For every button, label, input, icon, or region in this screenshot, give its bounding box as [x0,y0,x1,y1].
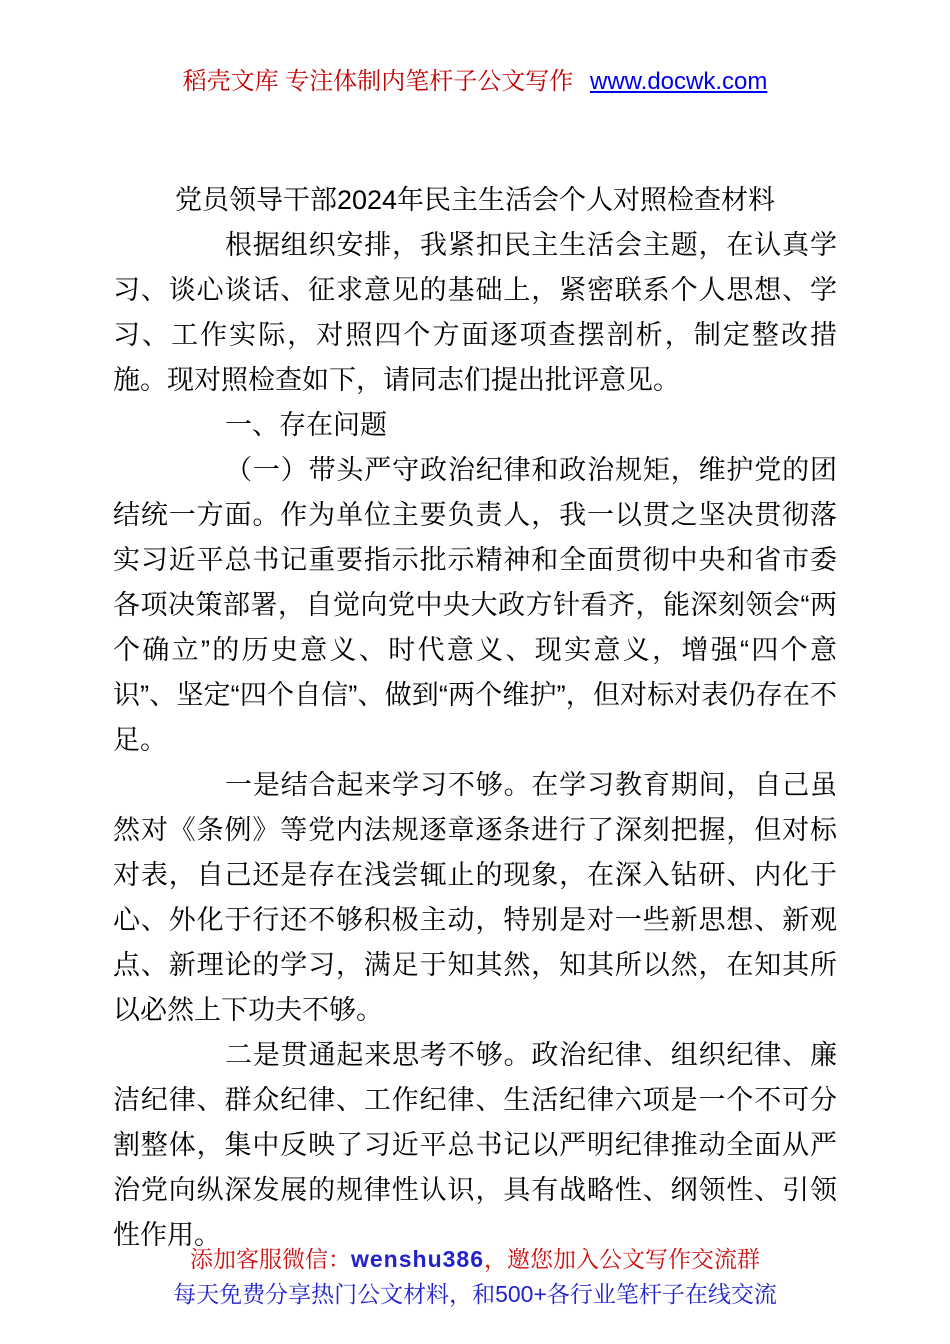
footer-contact-line: 添加客服微信：wenshu386，邀您加入公文写作交流群 [0,1242,950,1277]
site-brand-text: 稻壳文库 专注体制内笔杆子公文写作 [183,68,574,95]
paragraph-intro: 根据组织安排，我紧扣民主生活会主题，在认真学习、谈心谈话、征求意见的基础上，紧密… [113,223,837,403]
footer-contact-suffix: ，邀您加入公文写作交流群 [484,1246,760,1272]
footer-promo-line: 每天免费分享热门公文材料，和500+各行业笔杆子在线交流 [0,1277,950,1312]
paragraph-political-discipline: （一）带头严守政治纪律和政治规矩，维护党的团结统一方面。作为单位主要负责人，我一… [113,448,837,763]
site-footer: 添加客服微信：wenshu386，邀您加入公文写作交流群 每天免费分享热门公文材… [0,1242,950,1312]
footer-contact-prefix: 添加客服微信： [190,1246,351,1272]
paragraph-point-one: 一是结合起来学习不够。在学习教育期间，自己虽然对《条例》等党内法规逐章逐条进行了… [113,763,837,1033]
section-heading-problems: 一、存在问题 [113,403,837,448]
paragraph-point-two: 二是贯通起来思考不够。政治纪律、组织纪律、廉洁纪律、群众纪律、工作纪律、生活纪律… [113,1033,837,1258]
footer-wechat-id: wenshu386 [351,1246,484,1272]
document-page: 稻壳文库 专注体制内笔杆子公文写作 www.docwk.com 党员领导干部20… [0,0,950,1344]
site-header: 稻壳文库 专注体制内笔杆子公文写作 www.docwk.com [0,0,950,100]
site-url-link[interactable]: www.docwk.com [590,68,767,95]
document-body: 党员领导干部2024年民主生活会个人对照检查材料 根据组织安排，我紧扣民主生活会… [113,178,837,1258]
doc-title: 党员领导干部2024年民主生活会个人对照检查材料 [113,178,837,223]
